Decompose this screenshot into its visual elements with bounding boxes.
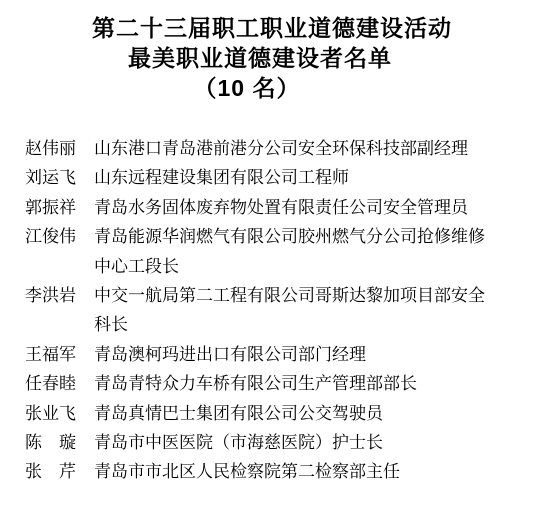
honoree-list: 赵伟丽 山东港口青岛港前港分公司安全环保科技部副经理 刘运飞 山东远程建设集团有… xyxy=(25,134,511,487)
list-item: 陈 璇 青岛市中医医院（市海慈医院）护士长 xyxy=(25,428,511,457)
list-item: 李洪岩 中交一航局第二工程有限公司哥斯达黎加项目部安全科长 xyxy=(25,281,511,340)
person-name: 刘运飞 xyxy=(25,163,77,192)
list-item: 刘运飞 山东远程建设集团有限公司工程师 xyxy=(25,163,511,192)
list-item: 郭振祥 青岛水务固体废弃物处置有限责任公司安全管理员 xyxy=(25,193,511,222)
document-title: 第二十三届职工职业道德建设活动 最美职业道德建设者名单 （10 名） xyxy=(0,13,536,103)
person-name: 张业飞 xyxy=(25,399,77,428)
list-item: 王福军 青岛澳柯玛进出口有限公司部门经理 xyxy=(25,340,511,369)
title-line-3: （10 名） xyxy=(0,73,515,103)
list-item: 张 芹 青岛市市北区人民检察院第二检察部主任 xyxy=(25,457,511,486)
person-name: 郭振祥 xyxy=(25,193,77,222)
person-title: 山东远程建设集团有限公司工程师 xyxy=(94,163,490,192)
person-title: 青岛澳柯玛进出口有限公司部门经理 xyxy=(94,340,490,369)
person-title: 青岛市市北区人民检察院第二检察部主任 xyxy=(94,457,490,486)
list-item: 江俊伟 青岛能源华润燃气有限公司胶州燃气分公司抢修维修中心工段长 xyxy=(25,222,511,281)
title-line-1: 第二十三届职工职业道德建设活动 xyxy=(4,13,536,43)
person-title: 青岛水务固体废弃物处置有限责任公司安全管理员 xyxy=(94,193,490,222)
person-title: 青岛市中医医院（市海慈医院）护士长 xyxy=(94,428,490,457)
person-title: 中交一航局第二工程有限公司哥斯达黎加项目部安全科长 xyxy=(94,281,490,340)
title-line-2: 最美职业道德建设者名单 xyxy=(0,43,528,73)
list-item: 张业飞 青岛真情巴士集团有限公司公交驾驶员 xyxy=(25,399,511,428)
person-title: 山东港口青岛港前港分公司安全环保科技部副经理 xyxy=(94,134,490,163)
person-title: 青岛真情巴士集团有限公司公交驾驶员 xyxy=(94,399,490,428)
person-name: 张 芹 xyxy=(25,457,77,486)
person-title: 青岛能源华润燃气有限公司胶州燃气分公司抢修维修中心工段长 xyxy=(94,222,490,281)
person-name: 陈 璇 xyxy=(25,428,77,457)
document-page: 第二十三届职工职业道德建设活动 最美职业道德建设者名单 （10 名） 赵伟丽 山… xyxy=(0,0,536,523)
list-item: 任春睦 青岛青特众力车桥有限公司生产管理部部长 xyxy=(25,369,511,398)
person-name: 赵伟丽 xyxy=(25,134,77,163)
list-item: 赵伟丽 山东港口青岛港前港分公司安全环保科技部副经理 xyxy=(25,134,511,163)
person-name: 王福军 xyxy=(25,340,77,369)
person-name: 江俊伟 xyxy=(25,222,77,251)
person-name: 李洪岩 xyxy=(25,281,77,310)
person-title: 青岛青特众力车桥有限公司生产管理部部长 xyxy=(94,369,490,398)
person-name: 任春睦 xyxy=(25,369,77,398)
